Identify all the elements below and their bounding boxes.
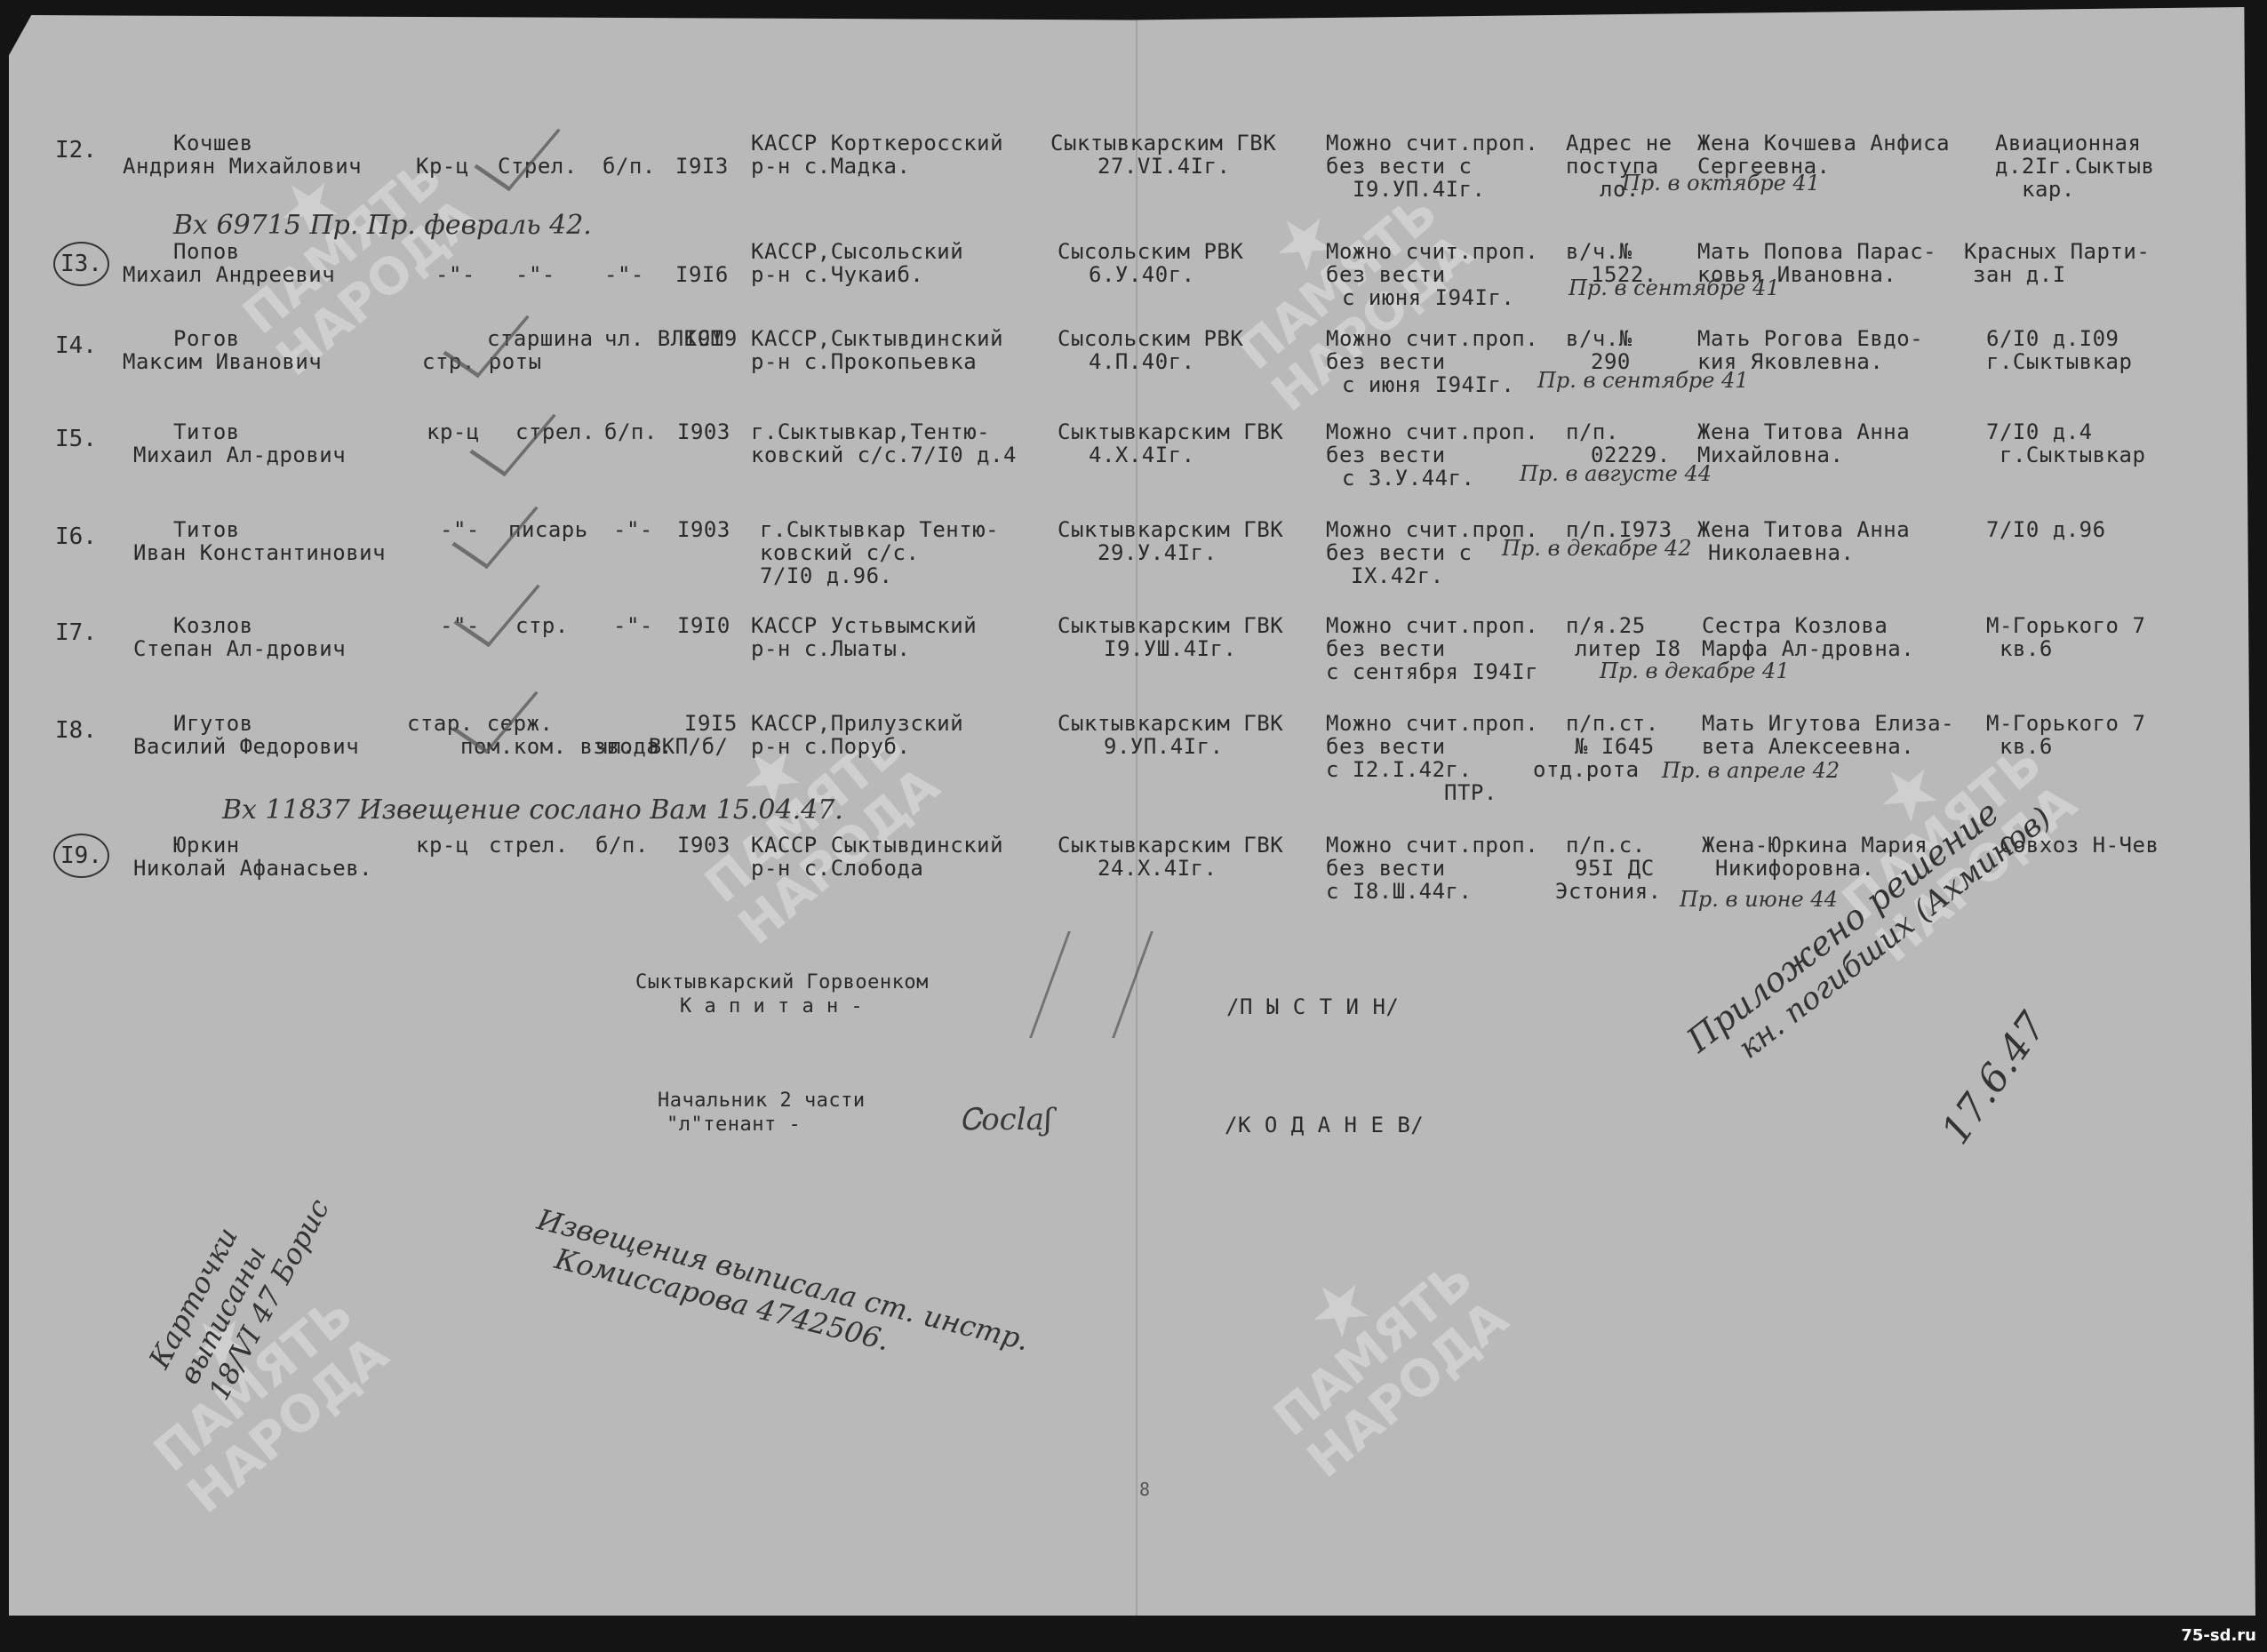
status: с июня I94Iг. [1342, 373, 1514, 396]
row-number: I5. [55, 426, 97, 452]
watermark: ★ПАМЯТЬНАРОДА [1230, 1210, 1518, 1488]
signatory-org: Сыктывкарский Горвоенком [635, 971, 929, 994]
given-name: Андриян Михайлович [123, 155, 362, 178]
address: г.Сыктывкар [1986, 350, 2132, 373]
document-page: ★ПАМЯТЬНАРОДА ★ПАМЯТЬНАРОДА ★ПАМЯТЬНАРОД… [9, 7, 2255, 1616]
signatory-rank: К а п и т а н - [680, 995, 863, 1018]
party: б/п. [604, 420, 658, 443]
handwritten-note: Пр. в апреле 42 [1662, 758, 1840, 783]
handwritten-date: 17.6.47 [1933, 1004, 2055, 1153]
address: 6/I0 д.I09 [1986, 327, 2119, 350]
rank: Кр-ц [416, 155, 469, 178]
birth-place: КАССР Сыктывдинский [751, 834, 1003, 857]
address: д.2Iг.Сыктыв [1995, 155, 2154, 178]
last-unit: в/ч.№ [1566, 327, 1632, 350]
birth-place: КАССР Корткеросский [751, 132, 1003, 155]
drafted-by: Сыктывкарским ГВК [1058, 518, 1283, 541]
handwritten-annotation: Вх 11837 Извещение сослано Вам 15.04.47. [222, 794, 843, 826]
status: без вести с [1326, 155, 1472, 178]
birth-place: р-н с.Чукаиб. [751, 263, 923, 286]
signature-icon [1029, 931, 1153, 1038]
relative: Михайловна. [1697, 443, 1843, 467]
relative: Жена Титова Анна [1697, 518, 1910, 541]
given-name: Михаил Ал-дрович [133, 443, 346, 467]
birth-place: КАССР,Сысольский [751, 240, 963, 263]
status: с сентября I94Iг [1326, 660, 1538, 683]
draft-date: 29.У.4Iг. [1098, 541, 1217, 564]
draft-date: 4.Х.4Iг. [1089, 443, 1195, 467]
birth-year: I9I5 [684, 712, 738, 735]
birth-year: I9I0 [677, 614, 730, 637]
birth-place: р-н с.Поруб. [751, 735, 910, 758]
address: М-Горького 7 [1986, 614, 2145, 637]
source-badge: 75-sd.ru [2181, 1626, 2256, 1645]
status: без вести [1326, 443, 1446, 467]
draft-date: 24.Х.4Iг. [1098, 857, 1217, 880]
surname: Титов [173, 518, 240, 541]
status: Можно счит.проп. [1326, 420, 1538, 443]
birth-place: КАССР,Прилузский [751, 712, 963, 735]
birth-place: ковский с/с. [760, 541, 919, 564]
draft-date: I9.УШ.4Iг. [1104, 637, 1237, 660]
surname: Титов [173, 420, 240, 443]
status: с I2.I.42г. [1326, 758, 1472, 781]
last-unit: Адрес не [1566, 132, 1672, 155]
surname: Рогов [173, 327, 240, 350]
draft-date: 9.УП.4Iг. [1104, 735, 1224, 758]
address: зан д.I [1973, 263, 2066, 286]
handwritten-note: Пр. в декабре 41 [1600, 658, 1790, 683]
last-unit: п/я.25 [1566, 614, 1646, 637]
address: 7/I0 д.4 [1986, 420, 2093, 443]
row-number-circled: I3. [53, 242, 109, 286]
handwritten-note: Пр. в сентябре 41 [1569, 275, 1780, 300]
post: стр. [515, 614, 569, 637]
given-name: Иван Константинович [133, 541, 386, 564]
birth-place: р-н с.Прокопьевка [751, 350, 977, 373]
status: Можно счит.проп. [1326, 834, 1538, 857]
rank: -"- [435, 263, 475, 286]
relative: Марфа Ал-дровна. [1702, 637, 1914, 660]
given-name: Василий Федорович [133, 735, 359, 758]
signatory-name: /П Ы С Т И Н/ [1226, 995, 1399, 1018]
status: без вести [1326, 637, 1446, 660]
birth-place: р-н с.Слобода [751, 857, 923, 880]
drafted-by: Сыктывкарским ГВК [1058, 712, 1283, 735]
status: Можно счит.проп. [1326, 614, 1538, 637]
birth-year: I903 [677, 834, 730, 857]
relative: Жена-Юркина Мария [1702, 834, 1928, 857]
party: б/п. [603, 155, 656, 178]
birth-place: р-н с.Мадка. [751, 155, 910, 178]
birth-year: I9I3 [675, 155, 729, 178]
last-unit: Эстония. [1555, 880, 1662, 903]
page-number: 8 [1139, 1478, 1151, 1501]
relative: Жена Титова Анна [1697, 420, 1910, 443]
address: 7/I0 д.96 [1986, 518, 2106, 541]
drafted-by: Сысольским РВК [1058, 240, 1243, 263]
address: кар. [2022, 178, 2075, 201]
row-number-circled: I9. [53, 834, 109, 878]
handwritten-note: Пр. в августе 44 [1520, 461, 1712, 486]
last-unit: № I645 [1575, 735, 1655, 758]
rank: кр-ц [416, 834, 469, 857]
status: Можно счит.проп. [1326, 327, 1538, 350]
birth-place: р-н с.Лыаты. [751, 637, 910, 660]
relative: Николаевна. [1708, 541, 1854, 564]
drafted-by: Сыктывкарским ГВК [1058, 834, 1283, 857]
drafted-by: Сыктывкарским ГВК [1058, 614, 1283, 637]
given-name: Михаил Андреевич [123, 263, 335, 286]
draft-date: 4.П.40г. [1089, 350, 1195, 373]
relative: Сестра Козлова [1702, 614, 1888, 637]
drafted-by: Сысольским РВК [1058, 327, 1243, 350]
birth-year: I903 [677, 420, 730, 443]
handwritten-note: Пр. в октябре 41 [1622, 171, 1820, 196]
status: I9.УП.4Iг. [1353, 178, 1486, 201]
address: г.Сыктывкар [2000, 443, 2145, 467]
handwritten-annotation: Вх 69715 Пр. Пр. февраль 42. [173, 210, 592, 241]
given-name: Николай Афанасьев. [133, 857, 372, 880]
surname: Кочшев [173, 132, 253, 155]
surname: Козлов [173, 614, 253, 637]
chief-title: Начальник 2 части [658, 1089, 866, 1113]
last-unit: п/п.ст. [1566, 712, 1659, 735]
row-number: I6. [55, 523, 97, 550]
drafted-by: Сыктывкарским ГВК [1050, 132, 1276, 155]
last-unit: отд.рота [1533, 758, 1640, 781]
drafted-by: Сыктывкарским ГВК [1058, 420, 1283, 443]
party: б/п. [595, 834, 649, 857]
status: без вести [1326, 350, 1446, 373]
relative: Мать Попова Парас- [1697, 240, 1936, 263]
status: IХ.42г. [1351, 564, 1444, 587]
row-number: I8. [55, 717, 97, 744]
handwritten-note: Пр. в июне 44 [1680, 887, 1838, 912]
status: без вести [1326, 735, 1446, 758]
relative: Мать Рогова Евдо- [1697, 327, 1923, 350]
status: с I8.Ш.44г. [1326, 880, 1472, 903]
last-unit: п/п. [1566, 420, 1619, 443]
relative: Жена Кочшева Анфиса [1697, 132, 1950, 155]
birth-place: г.Сыктывкар,Тентю- [751, 420, 990, 443]
birth-year: I903 [677, 518, 730, 541]
handwritten-notice-note: Извещения выписала ст. инстр. Комиссаров… [526, 1202, 1033, 1390]
status: Можно счит.проп. [1326, 132, 1538, 155]
birth-year: I9I6 [675, 263, 729, 286]
birth-place: КАССР Устьвымский [751, 614, 977, 637]
relative: вета Алексеевна. [1702, 735, 1914, 758]
status: без вести с [1326, 541, 1472, 564]
surname: Игутов [173, 712, 253, 735]
post: стрел. [489, 834, 569, 857]
given-name: Степан Ал-дрович [133, 637, 346, 660]
birth-place: КАССР,Сыктывдинский [751, 327, 1003, 350]
handwritten-note: Пр. в сентябре 41 [1537, 368, 1749, 393]
status: с 3.У.44г. [1342, 467, 1475, 490]
birth-place: г.Сыктывкар Тентю- [760, 518, 999, 541]
relative: Мать Игутова Елиза- [1702, 712, 1954, 735]
row-number: I2. [55, 137, 97, 164]
surname: Юркин [173, 834, 240, 857]
handwritten-note: Пр. в декабре 42 [1502, 536, 1692, 561]
status: без вести [1326, 857, 1446, 880]
address: Красных Парти- [1964, 240, 2150, 263]
last-unit: п/п.с. [1566, 834, 1646, 857]
last-unit: 95I ДС [1575, 857, 1655, 880]
status: Можно счит.проп. [1326, 712, 1538, 735]
status: Можно счит.проп. [1326, 240, 1538, 263]
address: кв.6 [2000, 637, 2053, 660]
chief-name: /К О Д А Н Е В/ [1225, 1113, 1424, 1137]
address: М-Горького 7 [1986, 712, 2145, 735]
party: -"- [604, 263, 644, 286]
last-unit: ПТР. [1444, 781, 1497, 804]
birth-place: 7/I0 д.96. [760, 564, 893, 587]
party: -"- [613, 518, 653, 541]
party: чл. ВКП/б/ [595, 735, 729, 758]
row-number: I4. [55, 332, 97, 359]
draft-date: 27.VI.4Iг. [1098, 155, 1231, 178]
row-number: I7. [55, 619, 97, 646]
draft-date: 6.У.40г. [1089, 263, 1195, 286]
post: -"- [515, 263, 555, 286]
signature-icon: Ꮯoclaʃ [960, 1102, 1052, 1137]
given-name: Максим Иванович [123, 350, 322, 373]
party: -"- [613, 614, 653, 637]
chief-rank: "л"тенант - [667, 1113, 801, 1137]
address: Авиационная [1995, 132, 2141, 155]
rank: кр-ц [427, 420, 480, 443]
last-unit: литер I8 [1575, 637, 1681, 660]
last-unit: в/ч.№ [1566, 240, 1632, 263]
birth-place: ковский с/с.7/I0 д.4 [751, 443, 1017, 467]
status: без вести [1326, 263, 1446, 286]
address: кв.6 [2000, 735, 2053, 758]
surname: Попов [173, 240, 240, 263]
status: с июня I94Iг. [1342, 286, 1514, 309]
birth-year: I9I9 [684, 327, 738, 350]
relative: Никифоровна. [1715, 857, 1874, 880]
